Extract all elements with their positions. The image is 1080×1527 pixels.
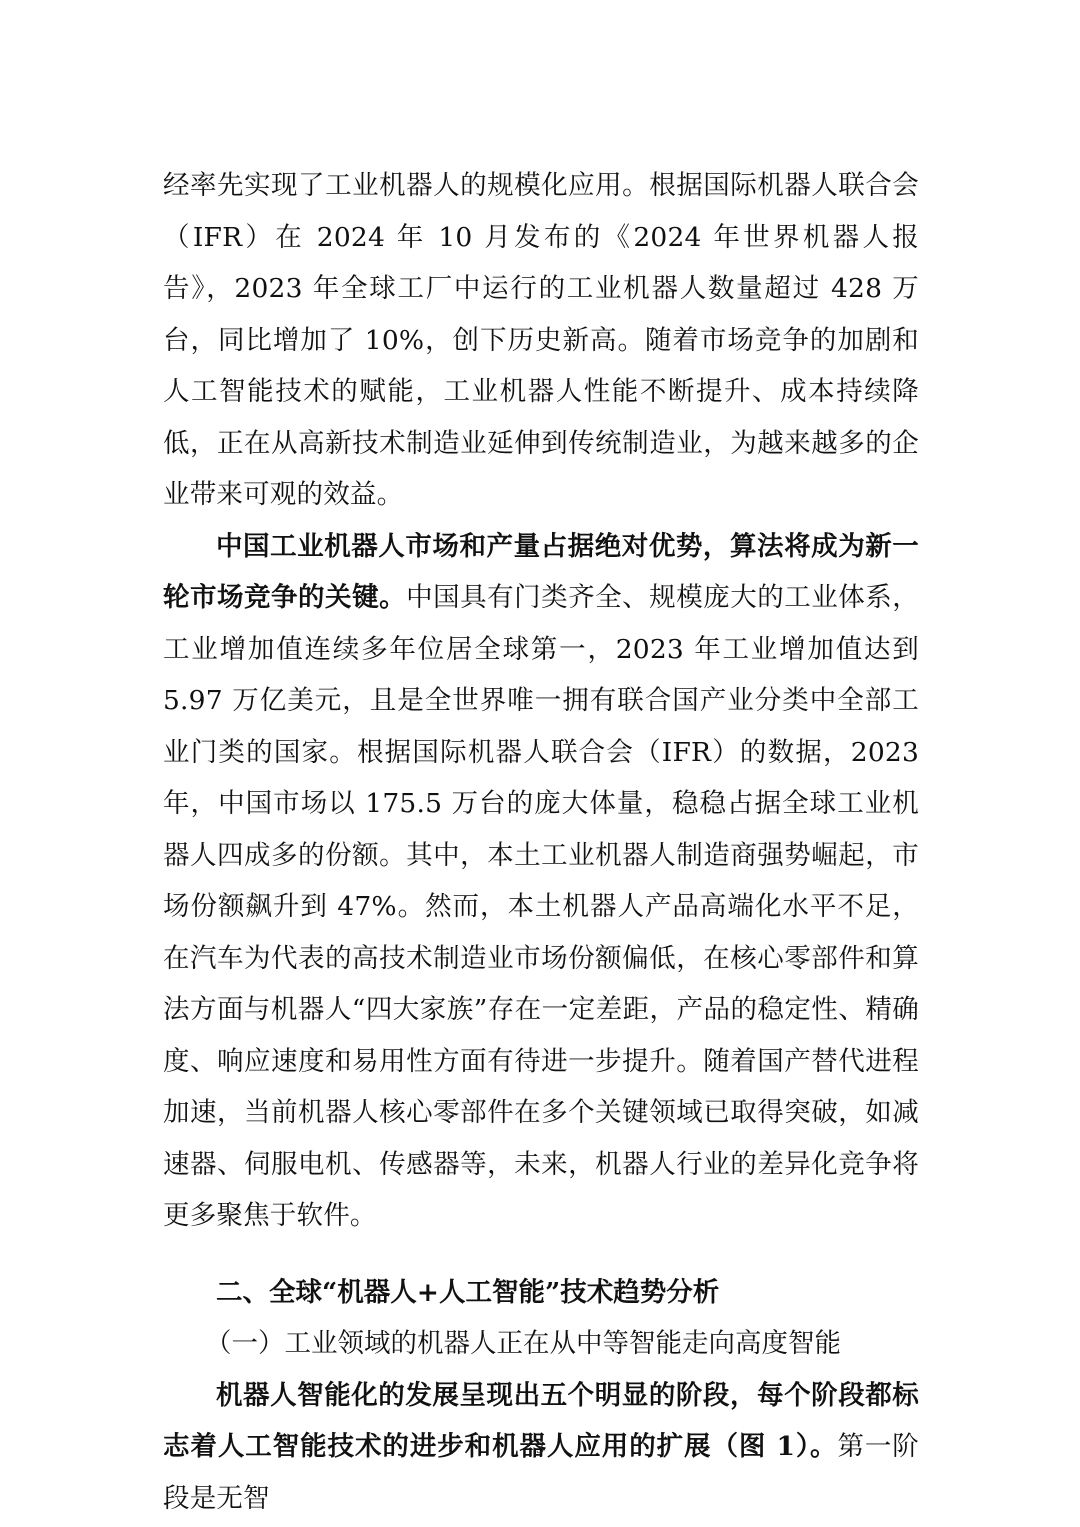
subsection-heading: （一）工业领域的机器人正在从中等智能走向高度智能: [163, 1318, 919, 1370]
document-page: 经率先实现了工业机器人的规模化应用。根据国际机器人联合会（IFR）在 2024 …: [163, 160, 919, 1524]
body-paragraph-2: 中国工业机器人市场和产量占据绝对优势，算法将成为新一轮市场竞争的关键。中国具有门…: [163, 521, 919, 1242]
spacer: [163, 1242, 919, 1267]
section-heading: 二、全球“机器人+人工智能”技术趋势分析: [163, 1267, 919, 1319]
body-paragraph-1: 经率先实现了工业机器人的规模化应用。根据国际机器人联合会（IFR）在 2024 …: [163, 160, 919, 521]
page-number: 3: [0, 1440, 1080, 1458]
paragraph-body-text: 中国具有门类齐全、规模庞大的工业体系，工业增加值连续多年位居全球第一，2023 …: [163, 582, 919, 1231]
